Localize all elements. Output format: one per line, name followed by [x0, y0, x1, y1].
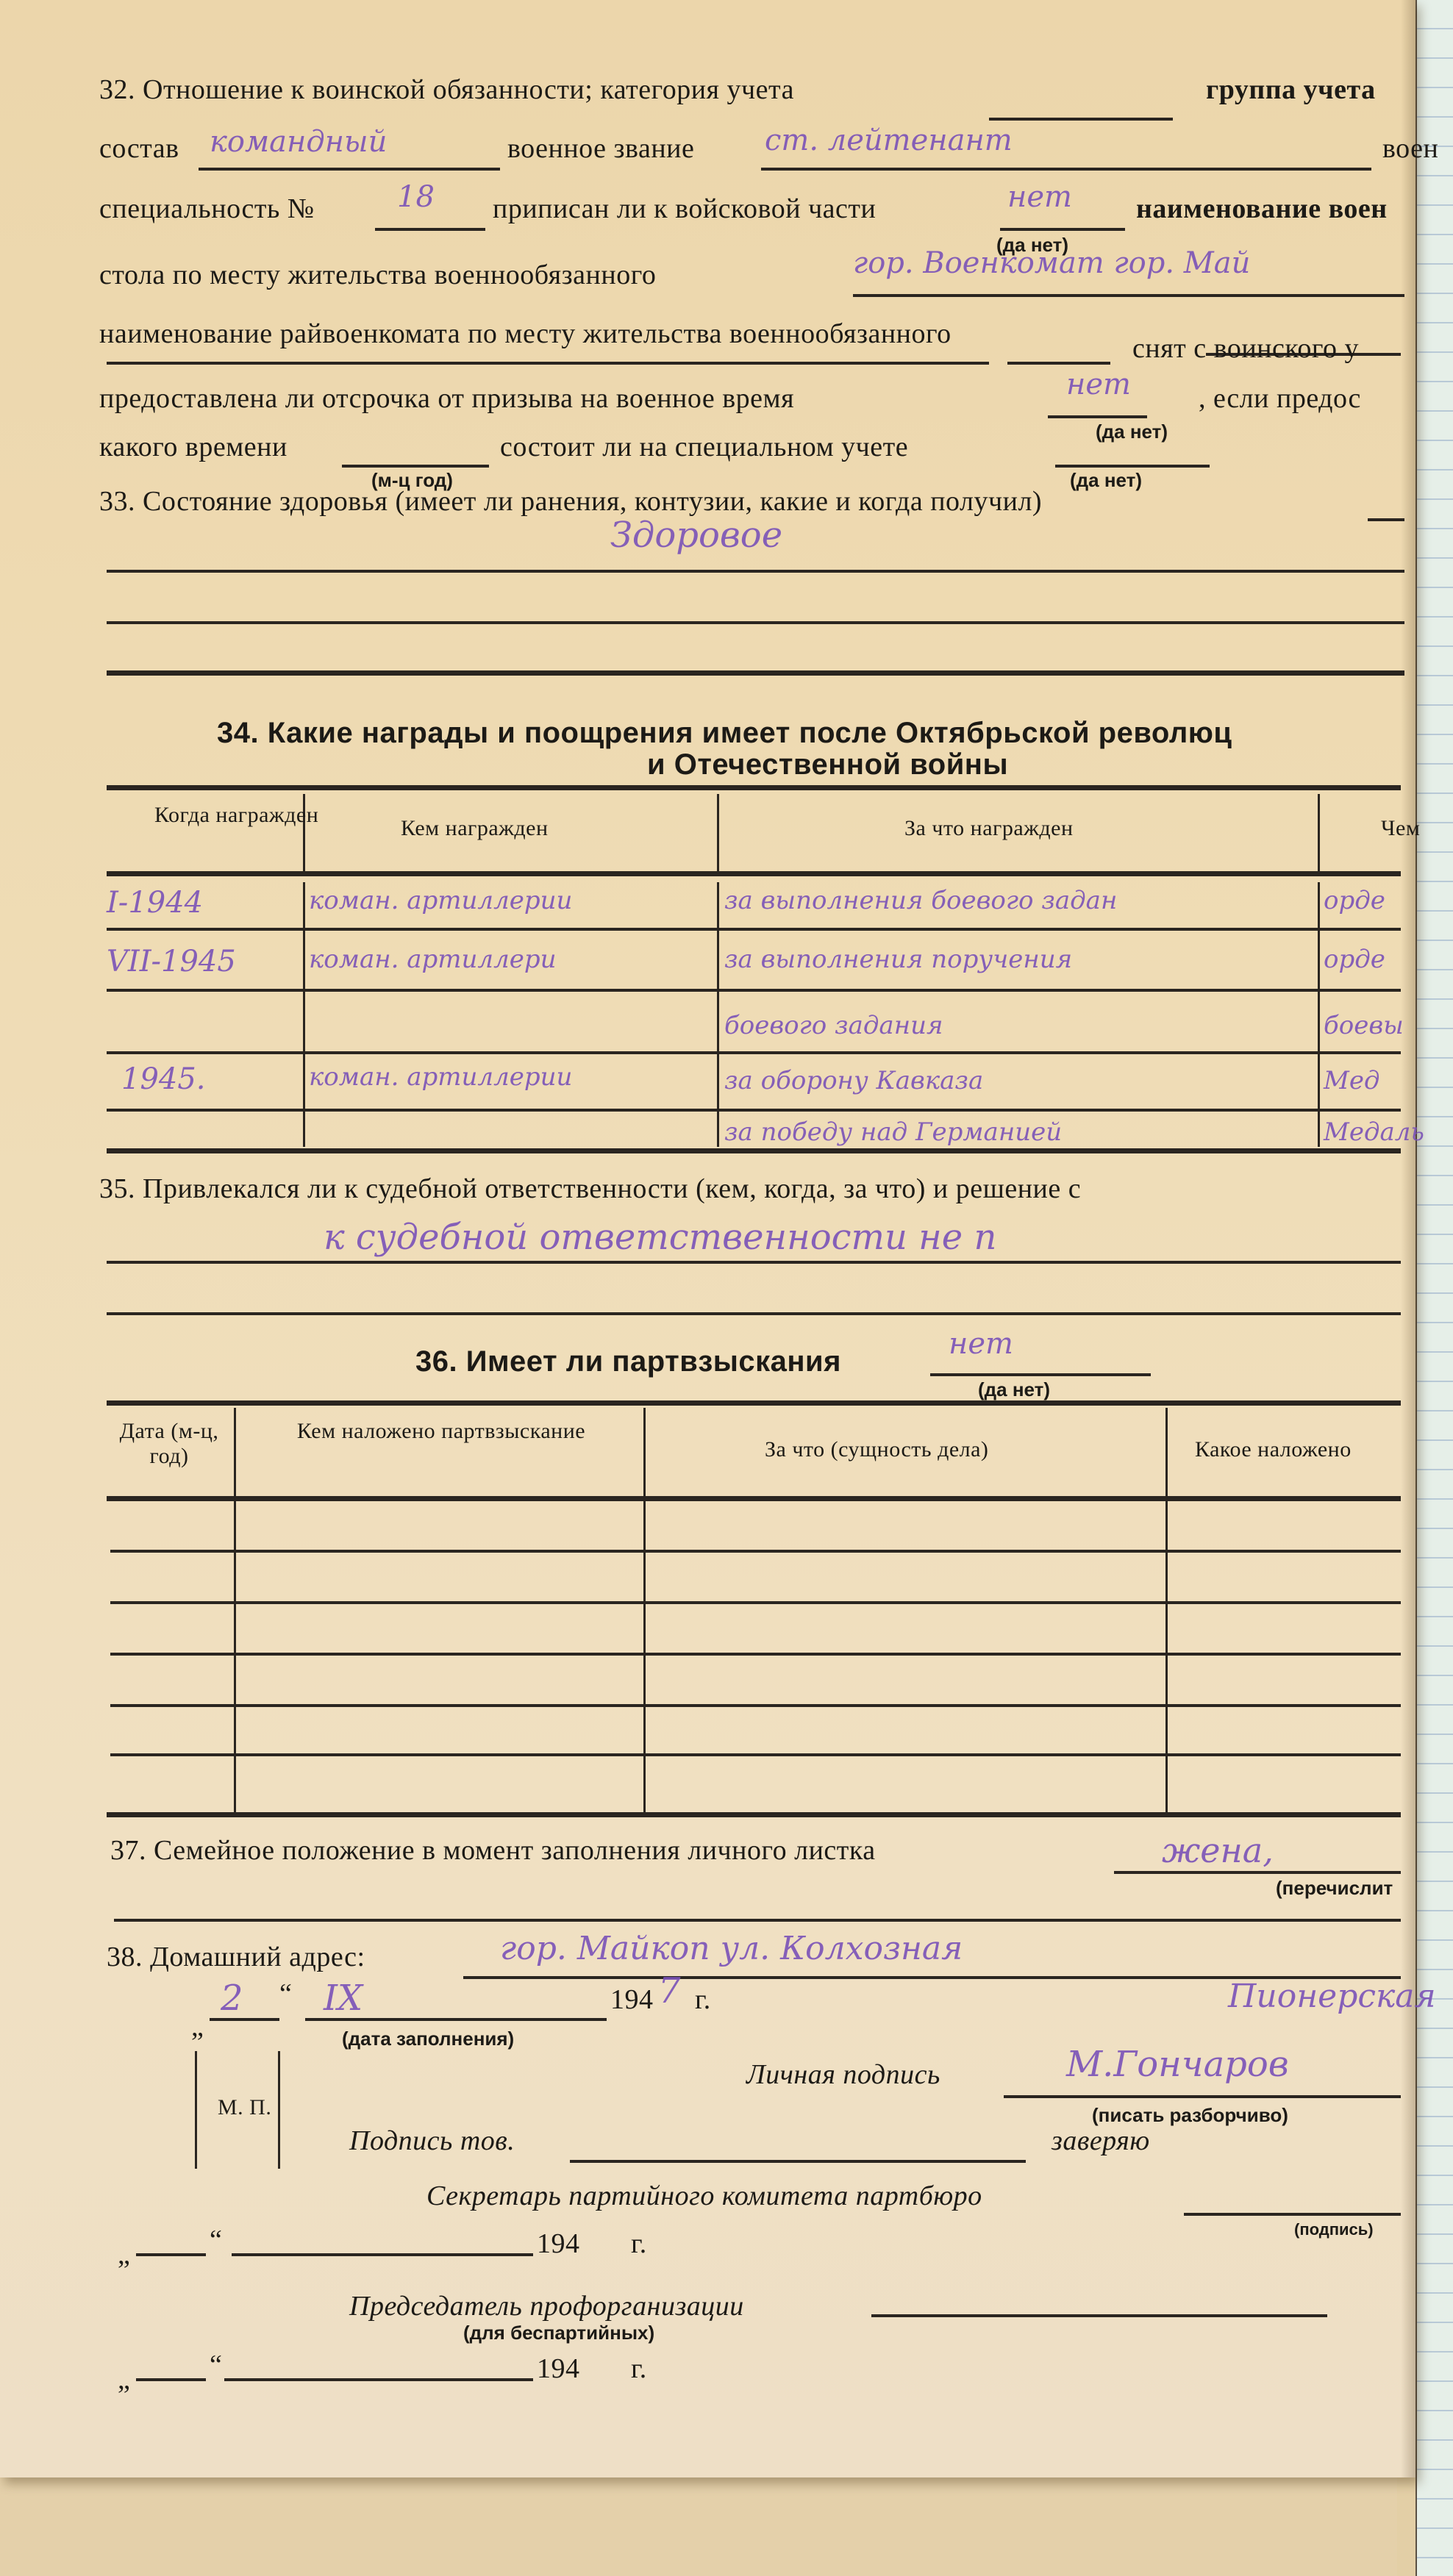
deferment-label: предоставлена ли отсрочка от призыва на …	[99, 382, 794, 415]
penalty-row-line[interactable]	[110, 1601, 1401, 1604]
table-label: стола по месту жительства военнообязанно…	[99, 259, 656, 291]
removed-label: снят с воинского у	[1132, 332, 1359, 365]
row-line	[107, 928, 1401, 931]
health-value: Здоровое	[610, 515, 782, 556]
row-line	[107, 989, 1401, 992]
signature-hint: (писать разборчиво)	[1092, 2104, 1288, 2127]
underlying-page-1	[0, 2477, 1397, 2576]
secretary-sign-field[interactable]	[1184, 2213, 1401, 2216]
s37-label: 37. Семейное положение в момент заполнен…	[110, 1834, 876, 1867]
if-granted-label: , если предос	[1199, 382, 1361, 415]
signature-field[interactable]	[1004, 2095, 1401, 2098]
special-field[interactable]	[1055, 465, 1210, 468]
deferment-field[interactable]	[1048, 415, 1147, 418]
s38-value-1: гор. Майкоп ул. Колхозная	[500, 1930, 963, 1967]
assigned-value: нет	[1007, 180, 1072, 214]
awards-col-when: Когда награжден	[154, 803, 318, 828]
award-what: орде	[1324, 945, 1385, 974]
penalty-col-what: Какое наложено	[1195, 1437, 1352, 1462]
col-divider	[717, 882, 719, 1147]
award-when: I-1944	[107, 886, 203, 920]
quote-close: “	[210, 2224, 222, 2256]
award-for: за выполнения боевого задан	[724, 886, 1117, 915]
deferment-hint: (да нет)	[1096, 421, 1168, 443]
date1-month-field[interactable]	[232, 2253, 533, 2256]
specialty-label: специальность №	[99, 193, 315, 225]
removed-date-field[interactable]	[1007, 362, 1110, 365]
assigned-label: приписан ли к войсковой части	[493, 193, 876, 225]
award-by: коман. артиллерии	[309, 1062, 572, 1092]
penalty-col-date: Дата (м-ц, год)	[110, 1419, 228, 1469]
fill-year-suffix: 7	[658, 1970, 681, 2011]
col-divider	[1318, 882, 1320, 1147]
assigned-field[interactable]	[1000, 228, 1125, 231]
date1-day-field[interactable]	[136, 2253, 206, 2256]
award-for: за оборону Кавказа	[724, 1066, 983, 1095]
row-line	[107, 1109, 1401, 1112]
penalty-row-line[interactable]	[110, 1653, 1401, 1656]
penalty-col-by: Кем наложено партвзыскание	[294, 1419, 588, 1444]
date1-year: 194	[537, 2228, 580, 2260]
award-when: 1945.	[121, 1062, 206, 1096]
awards-header-bottom	[107, 871, 1401, 876]
s37-hint: (перечислит	[1276, 1877, 1393, 1900]
quote-open: „	[191, 2011, 204, 2043]
adjacent-notebook-page	[1415, 0, 1453, 2576]
award-when: VII-1945	[107, 945, 236, 978]
awards-col-for: За что награжден	[904, 816, 1074, 841]
award-by: коман. артиллери	[309, 945, 557, 974]
s38-value-2: Пионерская	[1228, 1978, 1436, 2015]
fill-year-prefix: 194	[610, 1983, 654, 2016]
s35-value: к судебной ответственности не п	[324, 1217, 996, 1258]
penalty-header-bottom	[107, 1496, 1401, 1501]
table-field[interactable]	[853, 294, 1404, 297]
signature-value: М.Гончаров	[1066, 2044, 1289, 2085]
secretary-hint: (подпись)	[1294, 2220, 1374, 2239]
date1-g: г.	[631, 2228, 647, 2260]
since-field[interactable]	[342, 465, 489, 468]
rank-field[interactable]	[761, 168, 1371, 171]
health-field-0[interactable]	[1368, 518, 1404, 521]
stamp-label: М. П.	[218, 2095, 271, 2120]
stamp-box: М. П.	[195, 2051, 280, 2169]
secretary-label: Секретарь партийного комитета партбюро	[426, 2180, 982, 2212]
chair-label: Председатель профорганизации	[349, 2290, 744, 2322]
table-value: гор. Военкомат гор. Май	[853, 246, 1250, 280]
date2-month-field[interactable]	[224, 2378, 533, 2381]
penalty-row-line[interactable]	[110, 1550, 1401, 1553]
s38-label: 38. Домашний адрес:	[107, 1941, 365, 1973]
s34-title-1: 34. Какие награды и поощрения имеет посл…	[217, 717, 1232, 750]
party-penalty-field[interactable]	[930, 1373, 1151, 1376]
sheet-shadow	[1401, 0, 1415, 2477]
col-divider	[717, 794, 719, 871]
awards-col-by: Кем награжден	[401, 816, 549, 841]
personal-record-sheet: 32. Отношение к воинской обязанности; ка…	[0, 0, 1415, 2477]
award-for: за выполнения поручения	[724, 945, 1072, 974]
s36-hint: (да нет)	[978, 1378, 1050, 1401]
certify-name-field[interactable]	[570, 2160, 1026, 2163]
award-what: Мед	[1324, 1066, 1379, 1095]
s32-label: 32. Отношение к воинской обязанности; ка…	[99, 74, 794, 106]
certify-label: Подпись тов.	[349, 2125, 515, 2157]
rank-value: ст. лейтенант	[765, 124, 1013, 157]
sostav-field[interactable]	[199, 168, 500, 171]
health-field-2[interactable]	[107, 621, 1404, 624]
special-label: состоит ли на специальном учете	[500, 431, 908, 463]
col-divider	[1318, 794, 1320, 871]
fill-day: 2	[221, 1978, 243, 2019]
since-label: какого времени	[99, 431, 288, 463]
quote-close: “	[279, 1978, 292, 2010]
family-field-2[interactable]	[114, 1919, 1401, 1922]
health-field-3[interactable]	[107, 670, 1404, 676]
quote-open: „	[118, 2364, 130, 2396]
special-hint: (да нет)	[1070, 469, 1142, 492]
s34-title-2: и Отечественной войны	[647, 748, 1008, 781]
award-for: за победу над Германией	[724, 1117, 1062, 1147]
award-for: боевого задания	[724, 1011, 943, 1040]
raivoenkomat-field-2[interactable]	[107, 362, 989, 365]
signature-label: Личная подпись	[746, 2058, 940, 2091]
raivoenkomat-label: наименование райвоенкомата по месту жите…	[99, 318, 952, 350]
award-by: коман. артиллерии	[309, 886, 572, 915]
name-voen-label: наименование воен	[1136, 193, 1388, 225]
s33-label: 33. Состояние здоровья (имеет ли ранения…	[99, 485, 1042, 518]
health-field-1[interactable]	[107, 570, 1404, 573]
court-field-2[interactable]	[107, 1312, 1401, 1315]
chair-hint: (для беспартийных)	[463, 2322, 654, 2344]
s36-label: 36. Имеет ли партвзыскания	[415, 1345, 841, 1378]
sostav-label: состав	[99, 132, 179, 165]
quote-open: „	[118, 2239, 130, 2271]
fill-date-hint: (дата заполнения)	[342, 2028, 514, 2050]
penalty-row-line[interactable]	[110, 1753, 1401, 1756]
voen-cut: воен	[1382, 132, 1438, 165]
awards-table-top	[107, 785, 1401, 790]
award-what: Медаль	[1324, 1117, 1424, 1147]
date2-g: г.	[631, 2353, 647, 2385]
deferment-value: нет	[1066, 368, 1131, 401]
quote-close: “	[210, 2349, 222, 2381]
specialty-field[interactable]	[375, 228, 485, 231]
family-field[interactable]	[1114, 1871, 1401, 1874]
row-line	[107, 1051, 1401, 1054]
chair-sign-field[interactable]	[871, 2314, 1327, 2317]
group-label: группа учета	[1206, 74, 1376, 106]
s36-value: нет	[949, 1327, 1013, 1361]
award-what: боевы	[1324, 1011, 1404, 1040]
date2-day-field[interactable]	[136, 2378, 206, 2381]
fill-month: IX	[324, 1978, 363, 2019]
date2-year: 194	[537, 2353, 580, 2385]
penalty-table-top	[107, 1400, 1401, 1406]
awards-table-bottom	[107, 1148, 1401, 1153]
court-field-1[interactable]	[107, 1261, 1401, 1264]
category-field[interactable]	[989, 118, 1173, 121]
penalty-col-for: За что (сущность дела)	[765, 1437, 988, 1462]
penalty-row-line[interactable]	[110, 1704, 1401, 1707]
s35-label: 35. Привлекался ли к судебной ответствен…	[99, 1173, 1081, 1205]
awards-col-what: Чем	[1381, 816, 1420, 841]
rank-label: военное звание	[507, 132, 694, 165]
fill-g: г.	[695, 1983, 711, 2016]
certify-word: заверяю	[1052, 2125, 1150, 2157]
penalty-table-bottom	[107, 1812, 1401, 1817]
sostav-value: командный	[210, 125, 387, 159]
col-divider	[303, 882, 305, 1147]
s37-value: жена,	[1162, 1831, 1274, 1870]
award-what: орде	[1324, 886, 1385, 915]
specialty-value: 18	[397, 180, 435, 214]
